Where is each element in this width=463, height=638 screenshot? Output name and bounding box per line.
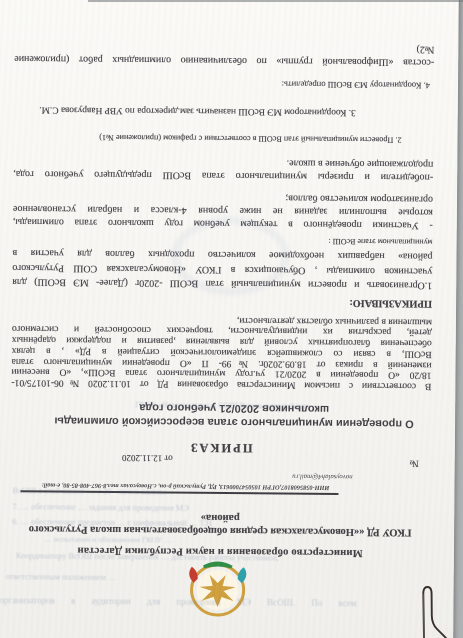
order-number-label: № [410,456,419,469]
doc-line: района» набравших необходимое количество… [12,245,432,263]
school-requisites: ИНН-0585608107,ОГРН 1050547000613, РД, Р… [10,481,360,491]
school-name: ГКОУ РД ««Новомусалахская средняя общеоб… [10,509,430,539]
bleed-text: … испытаний и обозначения ГКОУ … [44,534,172,544]
doc-line: -состав «Шифровальной группы» по обезлич… [14,51,434,67]
doc-line: 1.Организовать и провести муниципальный … [12,274,432,292]
order-heading: ПРИКАЗ [11,440,431,456]
doc-line: муниципальном этапе ВсОШ : [13,231,433,249]
school-name-line: ГКОУ РД ««Новомусалахская средняя общеоб… [10,522,430,539]
ministry-header: Министерство образования и науки Республ… [10,543,430,559]
preamble-paragraph: В соответствии с письмом Министерства об… [11,312,432,391]
doc-line: детей, раскрытия их индивидуальности, тв… [12,323,432,337]
doc-line: участников олимпиады , Обучающихся в ГКО… [12,260,432,278]
doc-line: -победители и призеры муниципального эта… [13,167,433,184]
bleed-text: ВсОШ в этой школе … с 20 - лично школы [12,486,165,496]
doc-line: №2) [14,39,434,55]
doc-line: изменений в приказ от 18.09.2020г. №99- … [12,355,432,369]
participants-bullet-1: - Участники проведённого в текущем учебн… [13,189,433,231]
bleed-text: ответственным положением … [6,572,117,582]
resolve-heading: ПРИКАЗЫВАЮ: [12,293,432,309]
participants-bullet-2: -победители и призеры муниципального эта… [13,154,433,184]
school-name-line: района» [10,509,430,526]
stamp-bleed-mark [171,217,290,296]
order-title-line: школьников 2020/21 учебного года [37,399,431,416]
order-date: от 12.11.2020 [122,452,173,465]
order-item-1: 1.Организовать и провести муниципальный … [12,231,432,292]
order-item-2: 2. Провести муниципальный этап ВсОШ в со… [30,130,402,146]
doc-line: 18/20 «О проведении в 2020/21 уч.году му… [11,366,431,380]
doc-line: которые выполнили задания не ниже уровня… [13,202,433,218]
order-item-3: 3. Координатором МЭ ВсОШ назначить зам.д… [14,103,356,118]
doc-line: мышления в различных областях деятельнос… [12,312,432,326]
order-title-line: О проведении муниципального этапа всерос… [37,413,431,430]
bleed-through-layer: ГКОУ «Новоусалахская СОШ Рутульского рай… [0,0,459,638]
letterhead-rule [20,490,338,495]
bleed-text: 7. … обеспечение … задания для проведени… [12,502,189,513]
order-document: Министерство образования и науки Республ… [0,0,459,638]
doc-line: обеспечения благоприятных условий для вы… [12,334,432,348]
order-item-4-sub: -состав «Шифровальной группы» по обезлич… [14,39,434,68]
bleed-text: ГКОУ «Новоусалахская СОШ Рутульского рай… [135,400,310,411]
scanned-document-page: Министерство образования и науки Республ… [0,0,463,638]
bleed-text: Координатору ВсОШ после завершения … дос… [16,551,279,562]
order-title: О проведении муниципального этапа всерос… [11,399,431,430]
paper-sheet: Министерство образования и науки Республ… [0,0,459,638]
paperclip [410,582,454,638]
bleed-text: 6. … обеспечение предметов … с шифроваль… [12,517,212,528]
doc-line: организатором количество баллов; [13,189,433,205]
dagestan-coat-of-arms-icon [181,557,254,622]
number-date-row: № от 12.11.2020 [11,465,431,469]
scanner-edge-line [88,0,463,2]
order-item-4: 4. Координатору МЭ ВсОШ определить: [10,76,430,92]
bleed-text: организаторов в аудитории для проведения… [0,595,357,608]
doc-line: ВсОШ, в связи со сложившейся эпидемиолог… [12,344,432,358]
doc-line: В соответствии с письмом Министерства об… [11,376,431,390]
school-email: novoysalah4@mail.ru [213,468,353,482]
doc-line: - Участники проведённого в текущем учебн… [13,214,433,230]
doc-line: продолжающие обучение в школе. [13,154,433,171]
